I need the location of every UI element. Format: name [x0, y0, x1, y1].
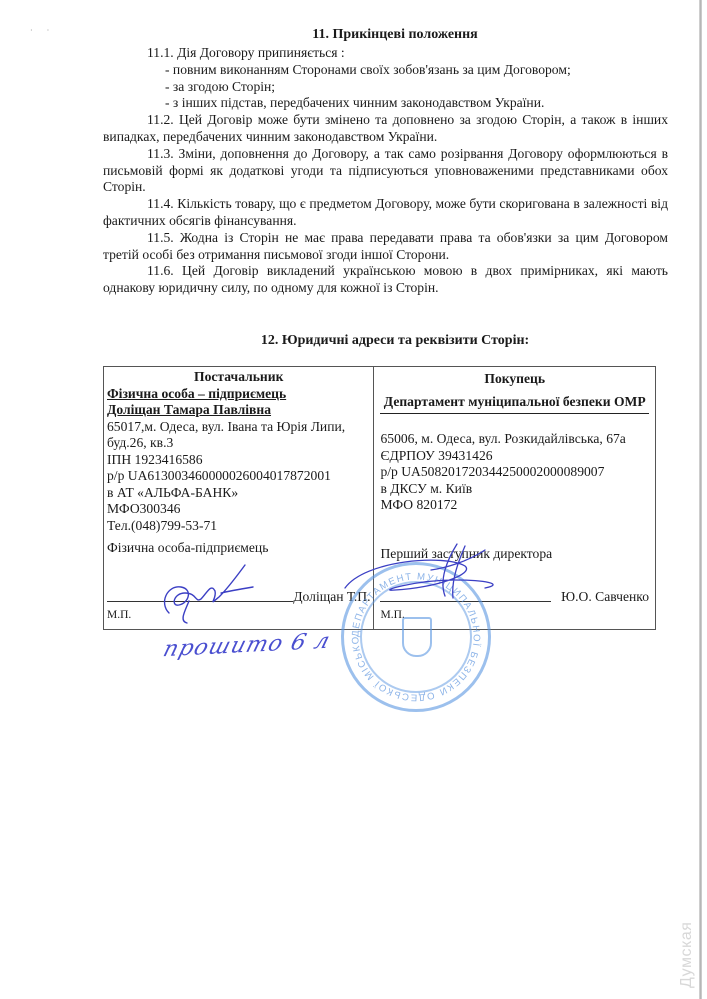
buyer-mfo: МФО 820172 — [380, 497, 649, 514]
section-12-title: 12. Юридичні адреси та реквізити Сторін: — [0, 333, 707, 349]
clause-11-4: 11.4. Кількість товару, що є предметом Д… — [103, 196, 668, 230]
buyer-signature-icon — [335, 540, 515, 610]
seller-account: р/р UA613003460000026004017872001 — [107, 468, 370, 485]
seller-phone: Тел.(048)799-53-71 — [107, 518, 370, 535]
watermark: Думская — [676, 900, 700, 990]
seller-ipn: ІПН 1923416586 — [107, 452, 370, 469]
buyer-address: 65006, м. Одеса, вул. Розкидайлівська, 6… — [380, 431, 649, 448]
clause-11-5: 11.5. Жодна із Сторін не має права перед… — [103, 230, 668, 264]
seller-role: Постачальник — [107, 369, 370, 386]
buyer-account: р/р UA508201720344250002000089007 — [380, 464, 649, 481]
buyer-name: Департамент муніципальної безпеки ОМР — [380, 394, 649, 415]
buyer-role: Покупець — [380, 371, 649, 388]
clause-11-1: 11.1. Дія Договору припиняється : — [103, 45, 668, 62]
watermark-text: Думская — [678, 922, 696, 988]
clause-11-1-bullet: - повним виконанням Сторонами своїх зобо… — [103, 62, 668, 79]
seller-cell: Постачальник Фізична особа – підприємець… — [104, 367, 374, 630]
clause-11-3: 11.3. Зміни, доповнення до Договору, а т… — [103, 146, 668, 196]
seller-mfo: МФО300346 — [107, 501, 370, 518]
buyer-bank: в ДКСУ м. Київ — [380, 481, 649, 498]
section-11-title: 11. Прикінцеві положення — [0, 27, 707, 43]
seller-signature-icon — [149, 563, 259, 625]
seller-address-line2: буд.26, кв.3 — [107, 435, 370, 452]
seller-seal-label: М.П. — [107, 607, 131, 624]
buyer-edrpou: ЄДРПОУ 39431426 — [380, 448, 649, 465]
clause-11-1-bullet: - з інших підстав, передбачених чинним з… — [103, 95, 668, 112]
buyer-signatory: Ю.О. Савченко — [561, 589, 649, 606]
handwritten-note: прошито 6 л — [160, 629, 333, 663]
seller-bank: в АТ «АЛЬФА-БАНК» — [107, 485, 370, 502]
seller-address-line1: 65017,м. Одеса, вул. Івана та Юрія Липи, — [107, 419, 370, 436]
seller-type: Фізична особа – підприємець — [107, 386, 370, 403]
page-edge-shadow — [699, 0, 702, 999]
section-11-body: 11.1. Дія Договору припиняється : - повн… — [103, 45, 668, 297]
seller-name: Доліщан Тамара Павлівна — [107, 402, 370, 419]
clause-11-2: 11.2. Цей Договір може бути змінено та д… — [103, 112, 668, 146]
clause-11-6: 11.6. Цей Договір викладений українською… — [103, 263, 668, 297]
clause-11-1-bullet: - за згодою Сторін; — [103, 79, 668, 96]
seller-position: Фізична особа-підприємець — [107, 540, 370, 557]
